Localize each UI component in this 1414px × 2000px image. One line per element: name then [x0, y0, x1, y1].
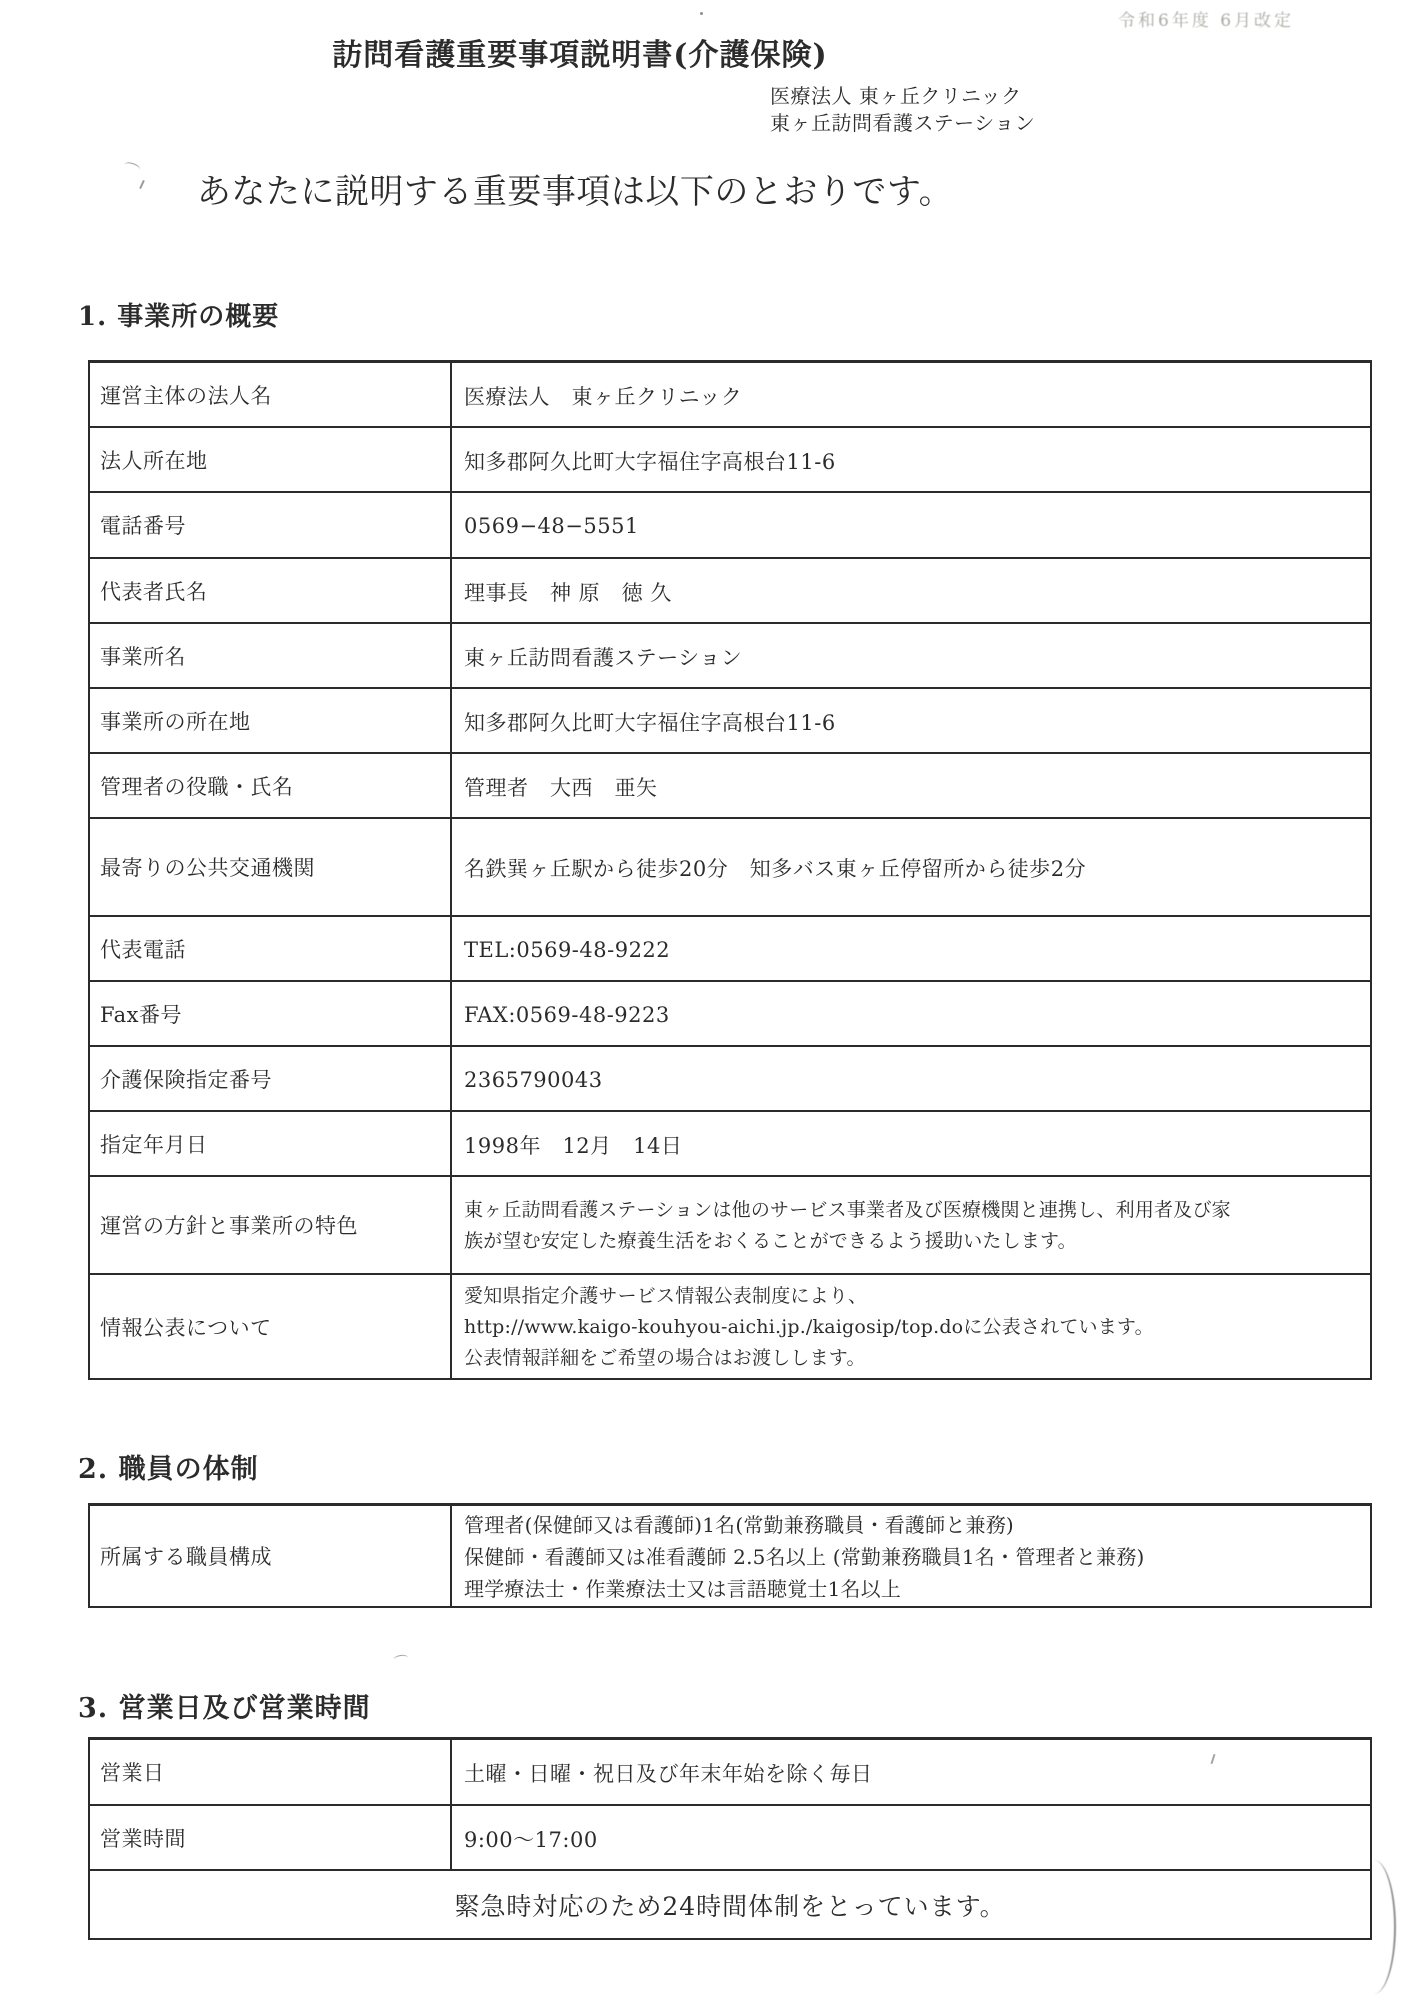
- table-row: 介護保険指定番号 2365790043: [90, 1047, 1370, 1112]
- table-row: 事業所名 東ヶ丘訪問看護ステーション: [90, 624, 1370, 689]
- row-value: 東ヶ丘訪問看護ステーションは他のサービス事業者及び医療機関と連携し、利用者及び家…: [452, 1177, 1370, 1273]
- row-value: 愛知県指定介護サービス情報公表制度により、 http://www.kaigo-k…: [452, 1275, 1370, 1378]
- row-value: 東ヶ丘訪問看護ステーション: [452, 624, 1370, 687]
- row-value: 管理者 大西 亜矢: [452, 754, 1370, 817]
- table-row: 運営主体の法人名 医療法人 東ヶ丘クリニック: [90, 363, 1370, 428]
- table-row: 所属する職員構成 管理者(保健師又は看護師)1名(常勤兼務職員・看護師と兼務) …: [90, 1506, 1370, 1606]
- scan-artifact-dot: [700, 12, 703, 15]
- section-1-heading: 1. 事業所の概要: [78, 296, 279, 333]
- table-row: 最寄りの公共交通機関 名鉄巽ヶ丘駅から徒歩20分 知多バス東ヶ丘停留所から徒歩2…: [90, 819, 1370, 917]
- row-value: 知多郡阿久比町大字福住字高根台11-6: [452, 689, 1370, 752]
- revision-note: 令和6年度 6月改定: [1118, 6, 1294, 31]
- row-label: 運営主体の法人名: [90, 363, 452, 426]
- row-label: Fax番号: [90, 982, 452, 1045]
- section-2-heading: 2. 職員の体制: [78, 1447, 259, 1486]
- org-station-line: 東ヶ丘訪問看護ステーション: [770, 107, 1035, 136]
- row-label: 介護保険指定番号: [90, 1047, 452, 1110]
- table-row: 管理者の役職・氏名 管理者 大西 亜矢: [90, 754, 1370, 819]
- row-label: 電話番号: [90, 493, 452, 557]
- row-label: 営業日: [90, 1740, 452, 1804]
- row-value: 2365790043: [452, 1047, 1370, 1110]
- row-value: 理事長 神 原 徳 久: [452, 559, 1370, 622]
- table-row: 指定年月日 1998年 12月 14日: [90, 1112, 1370, 1177]
- table-row: 代表電話 TEL:0569-48-9222: [90, 917, 1370, 982]
- table-row: 代表者氏名 理事長 神 原 徳 久: [90, 559, 1370, 624]
- row-label: 法人所在地: [90, 428, 452, 491]
- scanned-document-page: 令和6年度 6月改定 訪問看護重要事項説明書(介護保険) 医療法人 東ヶ丘クリニ…: [0, 0, 1414, 2000]
- row-label: 事業所の所在地: [90, 689, 452, 752]
- document-title: 訪問看護重要事項説明書(介護保険): [0, 30, 1160, 74]
- row-value: FAX:0569-48-9223: [452, 982, 1370, 1045]
- scan-artifact-tilde: [394, 1654, 409, 1663]
- org-corporation-line: 医療法人 東ヶ丘クリニック: [770, 80, 1022, 109]
- row-value: 名鉄巽ヶ丘駅から徒歩20分 知多バス東ヶ丘停留所から徒歩2分: [452, 819, 1370, 915]
- row-label: 事業所名: [90, 624, 452, 687]
- row-value: 土曜・日曜・祝日及び年末年始を除く毎日: [452, 1740, 1370, 1804]
- row-value: 管理者(保健師又は看護師)1名(常勤兼務職員・看護師と兼務) 保健師・看護師又は…: [452, 1506, 1370, 1606]
- row-label: 代表電話: [90, 917, 452, 980]
- row-label: 代表者氏名: [90, 559, 452, 622]
- table-row: 運営の方針と事業所の特色 東ヶ丘訪問看護ステーションは他のサービス事業者及び医療…: [90, 1177, 1370, 1275]
- row-label: 指定年月日: [90, 1112, 452, 1175]
- row-value: 知多郡阿久比町大字福住字高根台11-6: [452, 428, 1370, 491]
- row-value: 1998年 12月 14日: [452, 1112, 1370, 1175]
- section-3-heading: 3. 営業日及び営業時間: [78, 1686, 371, 1725]
- staff-table: 所属する職員構成 管理者(保健師又は看護師)1名(常勤兼務職員・看護師と兼務) …: [88, 1503, 1372, 1608]
- row-value: TEL:0569-48-9222: [452, 917, 1370, 980]
- table-row: 事業所の所在地 知多郡阿久比町大字福住字高根台11-6: [90, 689, 1370, 754]
- table-row: 営業時間 9:00〜17:00: [90, 1806, 1370, 1871]
- row-value: 医療法人 東ヶ丘クリニック: [452, 363, 1370, 426]
- table-row: 法人所在地 知多郡阿久比町大字福住字高根台11-6: [90, 428, 1370, 493]
- emergency-note-row: 緊急時対応のため24時間体制をとっています。: [90, 1871, 1370, 1938]
- row-label: 管理者の役職・氏名: [90, 754, 452, 817]
- row-label: 所属する職員構成: [90, 1506, 452, 1606]
- row-label: 情報公表について: [90, 1275, 452, 1378]
- row-label: 最寄りの公共交通機関: [90, 819, 452, 915]
- row-value: 0569−48−5551: [452, 493, 1370, 557]
- statement-heading: あなたに説明する重要事項は以下のとおりです。: [0, 164, 1150, 213]
- table-row: 電話番号 0569−48−5551: [90, 493, 1370, 559]
- row-label: 営業時間: [90, 1806, 452, 1869]
- row-label: 運営の方針と事業所の特色: [90, 1177, 452, 1273]
- row-value: 9:00〜17:00: [452, 1806, 1370, 1869]
- hours-table: 営業日 土曜・日曜・祝日及び年末年始を除く毎日 営業時間 9:00〜17:00 …: [88, 1737, 1372, 1940]
- table-row: 営業日 土曜・日曜・祝日及び年末年始を除く毎日: [90, 1740, 1370, 1806]
- table-row: 情報公表について 愛知県指定介護サービス情報公表制度により、 http://ww…: [90, 1275, 1370, 1378]
- table-row: Fax番号 FAX:0569-48-9223: [90, 982, 1370, 1047]
- overview-table: 運営主体の法人名 医療法人 東ヶ丘クリニック 法人所在地 知多郡阿久比町大字福住…: [88, 360, 1372, 1380]
